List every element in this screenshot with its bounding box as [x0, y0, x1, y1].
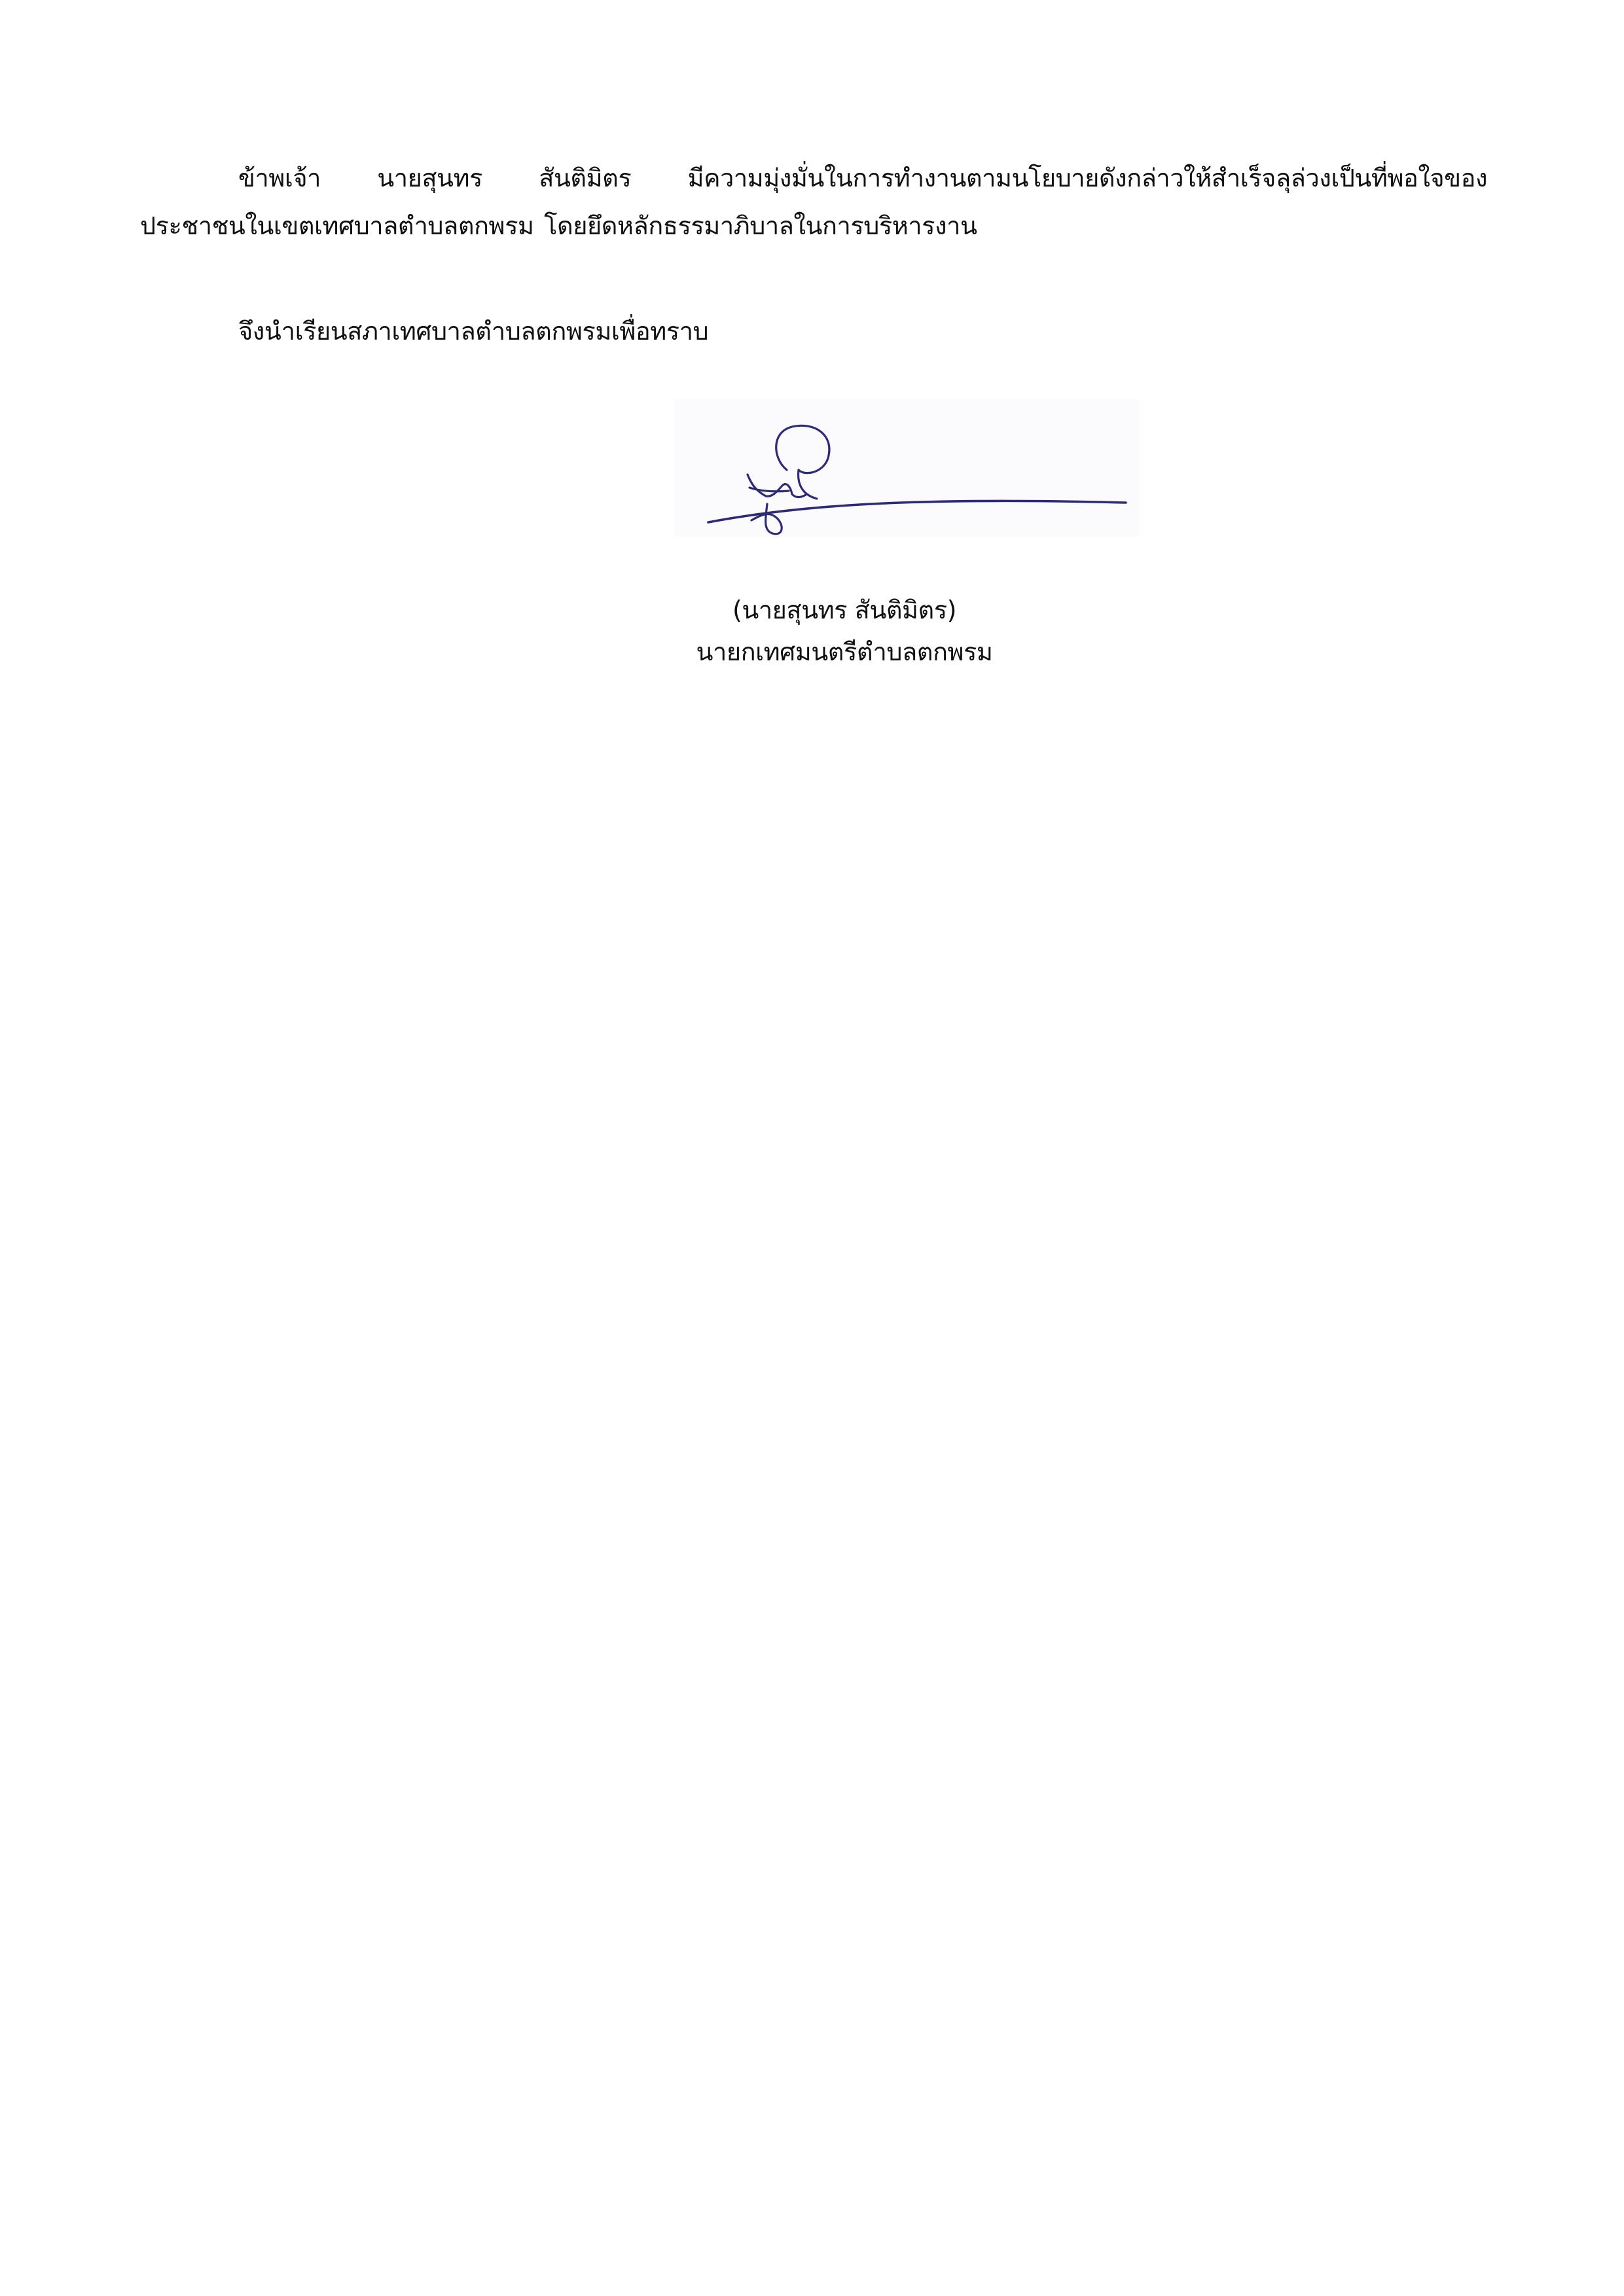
commitment-line-1: ข้าพเจ้า นายสุนทร สันติมิตร มีความมุ่งมั… [140, 154, 1487, 202]
signer-name: (นายสุนทร สันติมิตร) [589, 589, 1100, 631]
signer-title: นายกเทศมนตรีตำบลตกพรม [589, 631, 1100, 673]
closing-paragraph: จึงนำเรียนสภาเทศบาลตำบลตกพรมเพื่อทราบ [140, 308, 1487, 355]
document-page: ข้าพเจ้า นายสุนทร สันติมิตร มีความมุ่งมั… [0, 0, 1624, 2296]
commitment-line-2: ประชาชนในเขตเทศบาลตำบลตกพรม โดยยึดหลักธร… [140, 202, 1487, 250]
signature-icon [674, 399, 1139, 537]
signature-image [674, 399, 1139, 537]
commitment-paragraph: ข้าพเจ้า นายสุนทร สันติมิตร มีความมุ่งมั… [140, 154, 1487, 250]
